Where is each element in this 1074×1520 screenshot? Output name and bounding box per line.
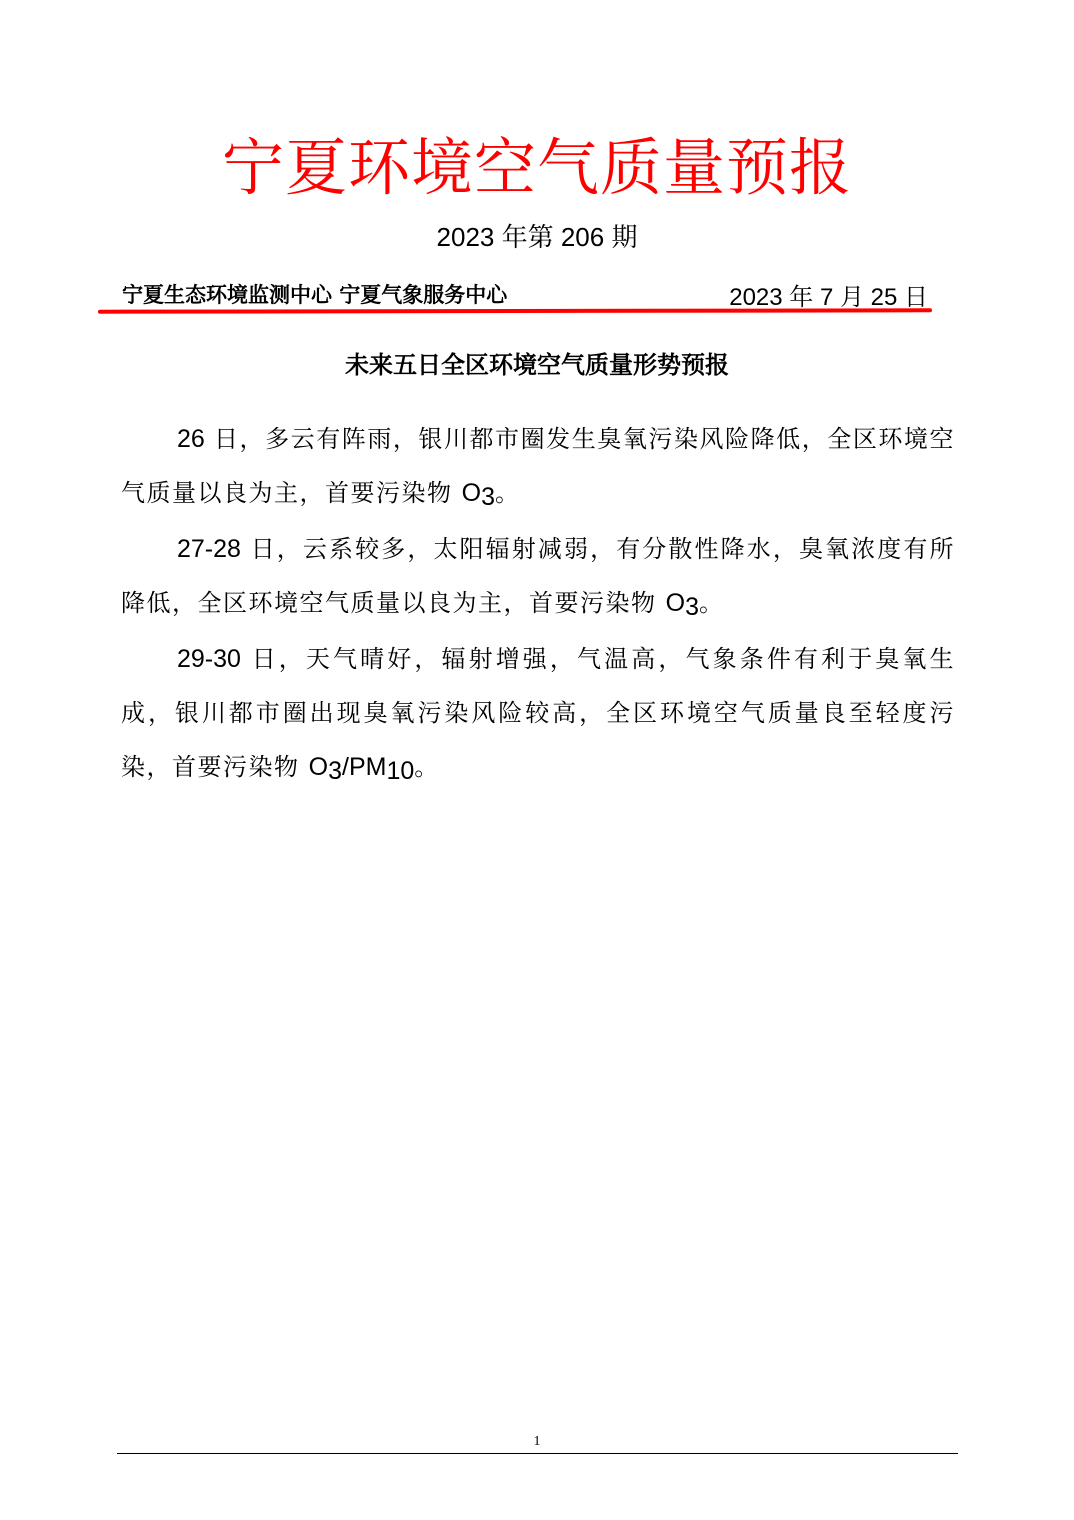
- pollutant: O: [309, 753, 328, 781]
- red-divider: [98, 308, 932, 313]
- forecast-day: 29-30: [177, 645, 241, 673]
- page-number: 1: [0, 1434, 1074, 1450]
- pollutant-subscript: 3: [328, 757, 342, 785]
- forecast-paragraph-26: 26 日，多云有阵雨，银川都市圈发生臭氧污染风险降低，全区环境空气质量以良为主，…: [121, 412, 955, 520]
- forecast-day: 27-28: [177, 535, 241, 563]
- issuers-row: 宁夏生态环境监测中心 宁夏气象服务中心 2023 年 7 月 25 日: [122, 278, 928, 310]
- issuing-organizations: 宁夏生态环境监测中心 宁夏气象服务中心: [122, 279, 507, 309]
- pollutant: O: [462, 479, 481, 507]
- masthead-title: 宁夏环境空气质量预报: [0, 128, 1074, 208]
- forecast-text: 日，多云有阵雨，银川都市圈发生臭氧污染风险降低，全区环境空气质量以良为主，首要污…: [121, 425, 955, 507]
- period: 。: [495, 479, 521, 507]
- forecast-paragraph-27-28: 27-28 日，云系较多，太阳辐射减弱，有分散性降水，臭氧浓度有所降低，全区环境…: [121, 522, 955, 630]
- pollutant-subscript: 3: [481, 483, 495, 511]
- forecast-day: 26: [177, 425, 205, 453]
- document-page: 宁夏环境空气质量预报 2023 年第 206 期 宁夏生态环境监测中心 宁夏气象…: [0, 0, 1074, 1520]
- issue-number: 2023 年第 206 期: [0, 220, 1074, 254]
- forecast-text: 日，天气晴好，辐射增强，气温高，气象条件有利于臭氧生成，银川都市圈出现臭氧污染风…: [121, 645, 955, 781]
- pollutant-2-subscript: 10: [386, 757, 414, 785]
- pollutant-subscript: 3: [685, 593, 699, 621]
- forecast-paragraph-29-30: 29-30 日，天气晴好，辐射增强，气温高，气象条件有利于臭氧生成，银川都市圈出…: [121, 632, 955, 794]
- forecast-text: 日，云系较多，太阳辐射减弱，有分散性降水，臭氧浓度有所降低，全区环境空气质量以良…: [121, 535, 955, 617]
- section-title: 未来五日全区环境空气质量形势预报: [0, 348, 1074, 382]
- forecast-body: 26 日，多云有阵雨，银川都市圈发生臭氧污染风险降低，全区环境空气质量以良为主，…: [121, 412, 955, 794]
- period: 。: [699, 589, 725, 617]
- pollutant-2: /PM: [342, 753, 386, 781]
- period: 。: [414, 753, 440, 781]
- issue-date: 2023 年 7 月 25 日: [729, 277, 928, 312]
- footer-divider: [117, 1453, 958, 1454]
- pollutant: O: [666, 589, 685, 617]
